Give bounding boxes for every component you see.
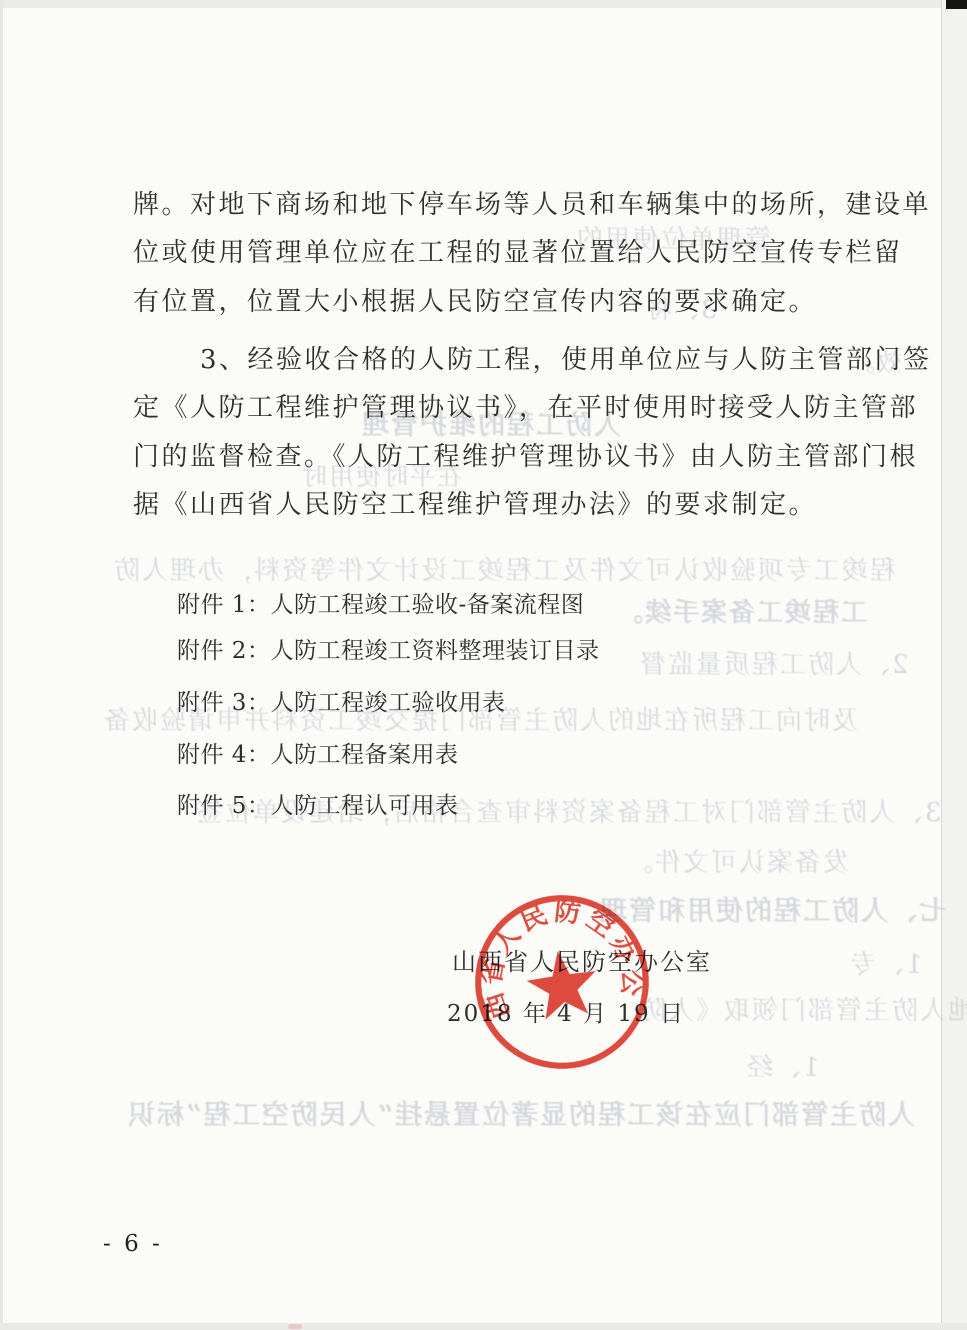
paragraph-1-line-3: 有位置，位置大小根据人民防空宣传内容的要求确定。 xyxy=(133,287,817,318)
seal-star-icon xyxy=(523,946,601,1021)
attachment-item-1: 附件 1：人防工程竣工验收-备案流程图 xyxy=(177,592,584,620)
paragraph-2-line-1: 3、经验收合格的人防工程，使用单位应与人防主管部门签 xyxy=(200,345,932,376)
paragraph-2-line-3: 门的监督检查。《人防工程维护管理协议书》由人防主管部门根 xyxy=(133,442,918,473)
paragraph-2-line-4: 据《山西省人民防空工程维护管理办法》的要求制定。 xyxy=(133,490,817,521)
scanned-document-page: 管理单位使用的3、将效。人防工程的维护管理在平时使用时程竣工专项验收认可文件及工… xyxy=(0,0,967,1330)
paragraph-1-line-1: 牌。对地下商场和地下停车场等人员和车辆集中的场所，建设单 xyxy=(133,190,931,221)
attachment-item-5: 附件 5：人防工程认可用表 xyxy=(177,793,458,821)
attachment-item-2: 附件 2：人防工程竣工资料整理装订目录 xyxy=(177,638,599,666)
paragraph-2-line-2: 定《人防工程维护管理协议书》，在平时使用时接受人防主管部 xyxy=(133,393,918,424)
document-text-layer: 牌。对地下商场和地下停车场等人员和车辆集中的场所，建设单 位或使用管理单位应在工… xyxy=(0,0,967,1330)
page-number: - 6 - xyxy=(103,1231,163,1259)
attachment-item-4: 附件 4：人防工程备案用表 xyxy=(177,742,458,770)
attachment-item-3: 附件 3：人防工程竣工验收用表 xyxy=(177,690,505,718)
paragraph-1-line-2: 位或使用管理单位应在工程的显著位置给人民防空宣传专栏留 xyxy=(133,238,903,269)
official-seal: 山西省人民防空办公室 xyxy=(454,874,671,1091)
